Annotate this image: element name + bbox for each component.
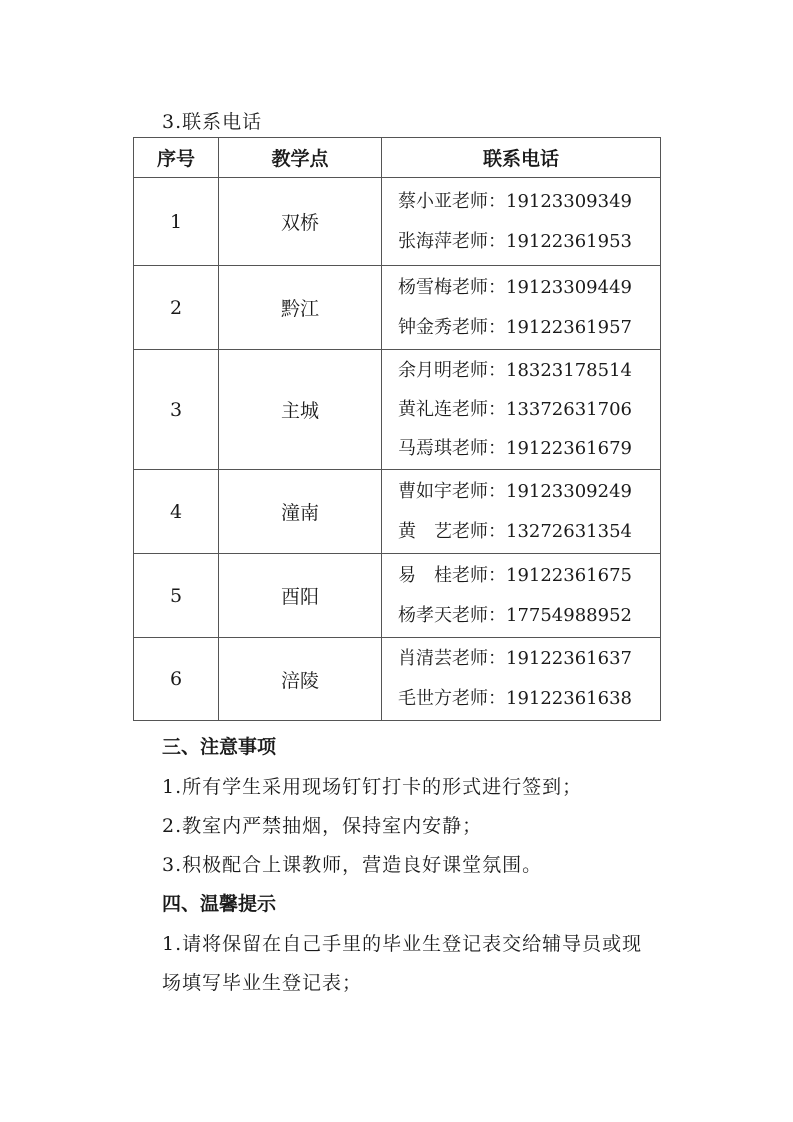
row-number: 4 [134, 470, 219, 554]
table-row: 5 酉阳 易 桂老师：19122361675 杨孝天老师：17754988952 [134, 554, 661, 638]
row-contacts: 杨雪梅老师：19123309449 钟金秀老师：19122361957 [382, 266, 661, 350]
contact-line: 杨雪梅老师：19123309449 [398, 268, 660, 308]
contact-line: 余月明老师：18323178514 [398, 351, 660, 390]
contact-line: 黄 艺老师：13272631354 [398, 512, 660, 552]
document-page: 3.联系电话 序号 教学点 联系电话 1 双桥 蔡小亚老师：1912330934… [0, 0, 793, 1122]
row-site: 双桥 [219, 178, 382, 266]
table-header-row: 序号 教学点 联系电话 [134, 138, 661, 178]
row-number: 1 [134, 178, 219, 266]
table-row: 6 涪陵 肖清芸老师：19122361637 毛世方老师：19122361638 [134, 638, 661, 721]
tips-item: 1.请将保留在自己手里的毕业生登记表交给辅导员或现 [162, 931, 642, 957]
table-row: 1 双桥 蔡小亚老师：19123309349 张海萍老师：19122361953 [134, 178, 661, 266]
section-tips-title: 四、温馨提示 [162, 891, 276, 917]
contact-line: 肖清芸老师：19122361637 [398, 639, 660, 679]
notes-item: 3.积极配合上课教师，营造良好课堂氛围。 [162, 852, 542, 878]
contact-line: 易 桂老师：19122361675 [398, 556, 660, 596]
row-contacts: 余月明老师：18323178514 黄礼连老师：13372631706 马焉琪老… [382, 350, 661, 470]
contact-phone-subheading: 3.联系电话 [162, 109, 262, 135]
row-site: 酉阳 [219, 554, 382, 638]
row-site: 潼南 [219, 470, 382, 554]
contact-line: 张海萍老师：19122361953 [398, 222, 660, 262]
contact-line: 黄礼连老师：13372631706 [398, 390, 660, 429]
table-row: 2 黔江 杨雪梅老师：19123309449 钟金秀老师：19122361957 [134, 266, 661, 350]
section-notes-title: 三、注意事项 [162, 734, 276, 760]
row-site: 涪陵 [219, 638, 382, 721]
row-number: 2 [134, 266, 219, 350]
contact-line: 钟金秀老师：19122361957 [398, 308, 660, 348]
tips-item-continuation: 场填写毕业生登记表； [162, 970, 362, 996]
notes-item: 1.所有学生采用现场钉钉打卡的形式进行签到； [162, 774, 582, 800]
row-number: 5 [134, 554, 219, 638]
row-number: 6 [134, 638, 219, 721]
contact-table: 序号 教学点 联系电话 1 双桥 蔡小亚老师：19123309349 张海萍老师… [133, 137, 661, 721]
contact-line: 杨孝天老师：17754988952 [398, 596, 660, 636]
table-row: 3 主城 余月明老师：18323178514 黄礼连老师：13372631706… [134, 350, 661, 470]
header-number: 序号 [134, 138, 219, 178]
row-contacts: 曹如宇老师：19123309249 黄 艺老师：13272631354 [382, 470, 661, 554]
notes-item: 2.教室内严禁抽烟，保持室内安静； [162, 813, 482, 839]
table-row: 4 潼南 曹如宇老师：19123309249 黄 艺老师：13272631354 [134, 470, 661, 554]
row-number: 3 [134, 350, 219, 470]
row-site: 黔江 [219, 266, 382, 350]
contact-line: 曹如宇老师：19123309249 [398, 472, 660, 512]
contact-line: 马焉琪老师：19122361679 [398, 429, 660, 468]
contact-line: 毛世方老师：19122361638 [398, 679, 660, 719]
row-contacts: 蔡小亚老师：19123309349 张海萍老师：19122361953 [382, 178, 661, 266]
row-contacts: 肖清芸老师：19122361637 毛世方老师：19122361638 [382, 638, 661, 721]
contact-line: 蔡小亚老师：19123309349 [398, 182, 660, 222]
header-site: 教学点 [219, 138, 382, 178]
header-phone: 联系电话 [382, 138, 661, 178]
row-contacts: 易 桂老师：19122361675 杨孝天老师：17754988952 [382, 554, 661, 638]
row-site: 主城 [219, 350, 382, 470]
